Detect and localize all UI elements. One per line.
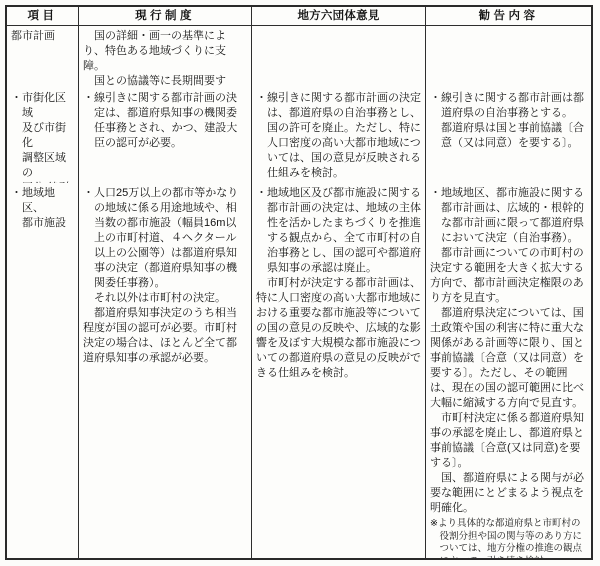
item-label-urban-planning: 都市計画	[11, 29, 74, 44]
paragraph: 都市計画についての市町村の決定する範囲を大きく拡大する方向で、都市計画決定権限の…	[430, 246, 587, 306]
cell-row3-current: ・人口25万以上の都市等かなりの地域に係る用途地域や、相当数の都市施設（幅員16…	[79, 183, 252, 558]
urban-planning-comparison-table: 項目 現行制度 地方六団体意見 勧告内容 都市計画 国の詳細・画一の基準により、…	[5, 5, 593, 560]
paragraph: 国、都道府県による関与が必要な範囲にとどまるよう視点を明確化。	[430, 471, 587, 516]
paragraph: 都道府県決定については、国土政策や国の利害に特に重大な関係がある計画等に限り、国…	[430, 306, 587, 411]
cell-row2-item: ・市街化区域 及び市街化 調整区域の 区分(線引き)	[7, 88, 79, 183]
paragraph: ・線引きに関する都市計画の決定は、都道府県の自治事務とし、国の許可を廃止。ただし…	[256, 91, 421, 181]
cell-row2-opinion: ・線引きに関する都市計画の決定は、都道府県の自治事務とし、国の許可を廃止。ただし…	[252, 88, 426, 183]
cell-row1-current: 国の詳細・画一の基準により、特色ある地域づくりに支障。 国との協議等に長期間要す…	[79, 26, 252, 88]
paragraph: 市町村決定に係る都道府県知事の承認を廃止し、都道府県と事前協議〔合意(又は同意)…	[430, 411, 587, 471]
paragraph: ・線引きに関する都市計画の決定は、都道府県知事の機関委任事務とされ、かつ、建設大…	[83, 91, 247, 151]
footnote: ※より具体的な都道府県と市町村の役割分担や国の関与等のあり方については、地方分権…	[430, 518, 587, 558]
paragraph: 国の詳細・画一の基準により、特色ある地域づくりに支障。	[83, 29, 247, 74]
cell-row3-opinion: ・地域地区及び都市施設に関する都市計画の決定は、地域の主体性を活かしたまちづくり…	[252, 183, 426, 558]
cell-row3-recommendation: ・地域地区、都市施設に関する都市計画は、広域的・根幹的な都市計画に限って都道府県…	[426, 183, 591, 558]
cell-row1-item: 都市計画	[7, 26, 79, 88]
cell-row2-current: ・線引きに関する都市計画の決定は、都道府県知事の機関委任事務とされ、かつ、建設大…	[79, 88, 252, 183]
item-label-district-facilities: ・地域地区、 都市施設	[11, 186, 74, 231]
cell-row1-recommendation	[426, 26, 591, 88]
paragraph: ・人口25万以上の都市等かなりの地域に係る用途地域や、相当数の都市施設（幅員16…	[83, 186, 247, 306]
column-header-local-six-orgs-opinion: 地方六団体意見	[252, 7, 426, 26]
item-label-senbiki: ・市街化区域 及び市街化 調整区域の 区分(線引き)	[11, 91, 74, 183]
column-header-current-system: 現行制度	[79, 7, 252, 26]
cell-row3-item: ・地域地区、 都市施設	[7, 183, 79, 558]
cell-row2-recommendation: ・線引きに関する都市計画は都道府県の自治事務とする。 都道府県は国と事前協議〔合…	[426, 88, 591, 183]
cell-row1-opinion	[252, 26, 426, 88]
paragraph: 都道府県知事決定のうち相当程度が国の認可が必要。市町村決定の場合は、ほとんど全て…	[83, 306, 247, 366]
paragraph: 市町村が決定する都市計画は、特に人口密度の高い大都市地域における重要な都市施設等…	[256, 276, 421, 381]
paragraph: ・線引きに関する都市計画は都道府県の自治事務とする。 都道府県は国と事前協議〔合…	[430, 91, 587, 151]
column-header-recommendation: 勧告内容	[426, 7, 591, 26]
paragraph: ・地域地区、都市施設に関する都市計画は、広域的・根幹的な都市計画に限って都道府県…	[430, 186, 587, 246]
paragraph: 国との協議等に長期間要する。	[83, 74, 247, 88]
paragraph: ・地域地区及び都市施設に関する都市計画の決定は、地域の主体性を活かしたまちづくり…	[256, 186, 421, 276]
column-header-item: 項目	[7, 7, 79, 26]
